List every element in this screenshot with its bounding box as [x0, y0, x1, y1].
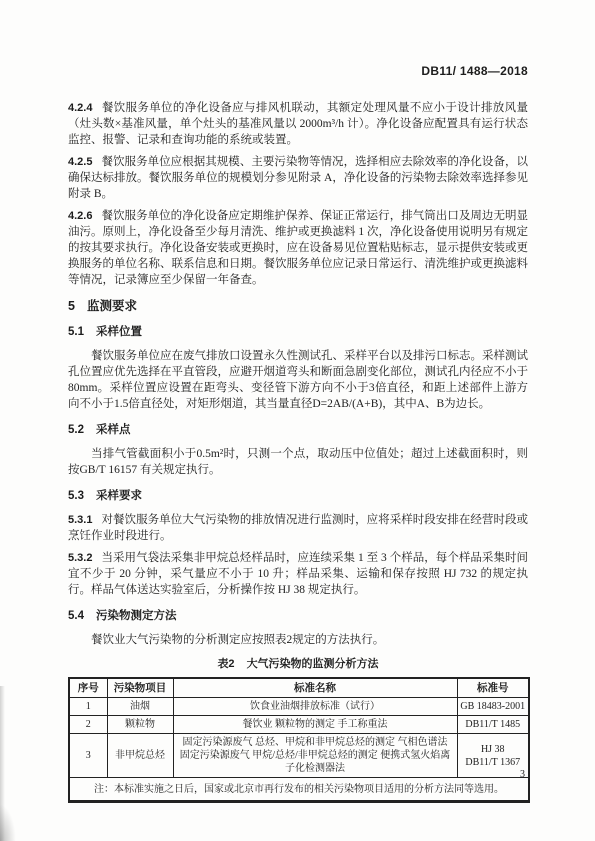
cell-index: 3: [69, 734, 107, 778]
standard-no-line-2: DB11/T 1367: [460, 756, 527, 769]
paragraph-5-2: 当排气管截面积小于0.5m²时，只测一个点，取动压中位值处；超过上述截面积时，则…: [68, 446, 528, 478]
standard-name-line-2: 固定污染源废气 甲烷/总烃/非甲烷总烃的测定 便携式氢火焰离子化检测器法: [176, 749, 455, 775]
table2-caption: 表2大气污染物的监测分析方法: [68, 656, 528, 672]
col-header-standard-no: 标准号: [457, 678, 529, 698]
page-content: DB11/ 1488—2018 4.2.4餐饮服务单位的净化设备应与排风机联动，…: [68, 64, 528, 803]
table-note: 注：本标准实施之日后，国家或北京市再行发布的相关污染物项目适用的分析方法同等选用…: [69, 778, 529, 802]
table-row-oil-fume: 1 油烟 饮食业油烟排放标准（试行） GB 18483-2001: [69, 698, 529, 716]
section-title: 采样要求: [96, 490, 142, 502]
clause-number: 4.2.5: [68, 156, 92, 168]
section-title: 污染物测定方法: [96, 610, 177, 622]
cell-standard-no: DB11/T 1485: [457, 716, 529, 734]
table2-caption-label: 表2: [217, 658, 234, 670]
scan-artifact-bottom-corner: [0, 804, 16, 841]
section-heading-5-3: 5.3采样要求: [68, 488, 528, 504]
section-title: 采样点: [96, 424, 131, 436]
clause-4-2-4: 4.2.4餐饮服务单位的净化设备应与排风机联动，其额定处理风量不应小于设计排放风…: [68, 100, 528, 148]
clause-number: 4.2.6: [68, 210, 92, 222]
col-header-pollutant: 污染物项目: [107, 678, 173, 698]
cell-pollutant: 颗粒物: [107, 716, 173, 734]
clause-text: 餐饮服务单位的净化设备应与排风机联动，其额定处理风量不应小于设计排放风量（灶头数…: [68, 102, 528, 146]
clause-number: 4.2.4: [68, 102, 92, 114]
cell-standard-name: 饮食业油烟排放标准（试行）: [173, 698, 457, 716]
section-title: 采样位置: [96, 326, 142, 338]
col-header-index: 序号: [69, 678, 107, 698]
clause-4-2-6: 4.2.6餐饮服务单位的净化设备应定期维护保养、保证正常运行，排气筒出口及周边无…: [68, 208, 528, 288]
document-page: DB11/ 1488—2018 4.2.4餐饮服务单位的净化设备应与排风机联动，…: [0, 0, 595, 841]
cell-standard-no: GB 18483-2001: [457, 698, 529, 716]
section-number: 5.1: [68, 326, 84, 338]
cell-index: 2: [69, 716, 107, 734]
section-number: 5.3: [68, 490, 84, 502]
section-heading-5-2: 5.2采样点: [68, 422, 528, 438]
table2-caption-title: 大气污染物的监测分析方法: [247, 658, 379, 670]
table-header-row: 序号 污染物项目 标准名称 标准号: [69, 678, 529, 698]
cell-standard-no: HJ 38 DB11/T 1367: [457, 734, 529, 778]
section-number: 5: [68, 299, 75, 313]
cell-standard-name: 固定污染源废气 总烃、甲烷和非甲烷总烃的测定 气相色谱法 固定污染源废气 甲烷/…: [173, 734, 457, 778]
clause-text: 当采用气袋法采集非甲烷总烃样品时，应连续采集 1 至 3 个样品，每个样品采集时…: [68, 552, 528, 596]
clause-text: 对餐饮服务单位大气污染物的排放情况进行监测时，应将采样时段安排在经营时段或烹饪作…: [68, 514, 528, 542]
table2-monitoring-methods: 序号 污染物项目 标准名称 标准号 1 油烟 饮食业油烟排放标准（试行） GB …: [68, 677, 530, 803]
cell-standard-name: 餐饮业 颗粒物的测定 手工称重法: [173, 716, 457, 734]
paragraph-5-4: 餐饮业大气污染物的分析测定应按照表2规定的方法执行。: [68, 632, 528, 648]
page-number: 3: [520, 769, 525, 780]
clause-5-3-2: 5.3.2当采用气袋法采集非甲烷总烃样品时，应连续采集 1 至 3 个样品，每个…: [68, 550, 528, 598]
cell-pollutant: 油烟: [107, 698, 173, 716]
section-title: 监测要求: [87, 299, 137, 313]
col-header-standard-name: 标准名称: [173, 678, 457, 698]
section-heading-5: 5监测要求: [68, 298, 528, 314]
section-heading-5-4: 5.4污染物测定方法: [68, 608, 528, 624]
table-row-nmhc: 3 非甲烷总烃 固定污染源废气 总烃、甲烷和非甲烷总烃的测定 气相色谱法 固定污…: [69, 734, 529, 778]
table-row-particulates: 2 颗粒物 餐饮业 颗粒物的测定 手工称重法 DB11/T 1485: [69, 716, 529, 734]
section-heading-5-1: 5.1采样位置: [68, 324, 528, 340]
standard-name-line-1: 固定污染源废气 总烃、甲烷和非甲烷总烃的测定 气相色谱法: [176, 736, 455, 749]
section-number: 5.4: [68, 610, 84, 622]
clause-text: 餐饮服务单位应根据其规模、主要污染物等情况，选择相应去除效率的净化设备，以确保达…: [68, 156, 528, 200]
paragraph-5-1: 餐饮服务单位应在废气排放口设置永久性测试孔、采样平台以及排污口标志。采样测试孔位…: [68, 348, 528, 412]
section-number: 5.2: [68, 424, 84, 436]
doc-number-header: DB11/ 1488—2018: [68, 64, 528, 78]
clause-text: 餐饮服务单位的净化设备应定期维护保养、保证正常运行，排气筒出口及周边无明显油污。…: [68, 210, 528, 286]
clause-number: 5.3.2: [68, 552, 92, 564]
table-note-row: 注：本标准实施之日后，国家或北京市再行发布的相关污染物项目适用的分析方法同等选用…: [69, 778, 529, 802]
clause-number: 5.3.1: [68, 514, 92, 526]
clause-4-2-5: 4.2.5餐饮服务单位应根据其规模、主要污染物等情况，选择相应去除效率的净化设备…: [68, 154, 528, 202]
clause-5-3-1: 5.3.1对餐饮服务单位大气污染物的排放情况进行监测时，应将采样时段安排在经营时…: [68, 512, 528, 544]
cell-index: 1: [69, 698, 107, 716]
cell-pollutant: 非甲烷总烃: [107, 734, 173, 778]
standard-no-line-1: HJ 38: [460, 743, 527, 756]
